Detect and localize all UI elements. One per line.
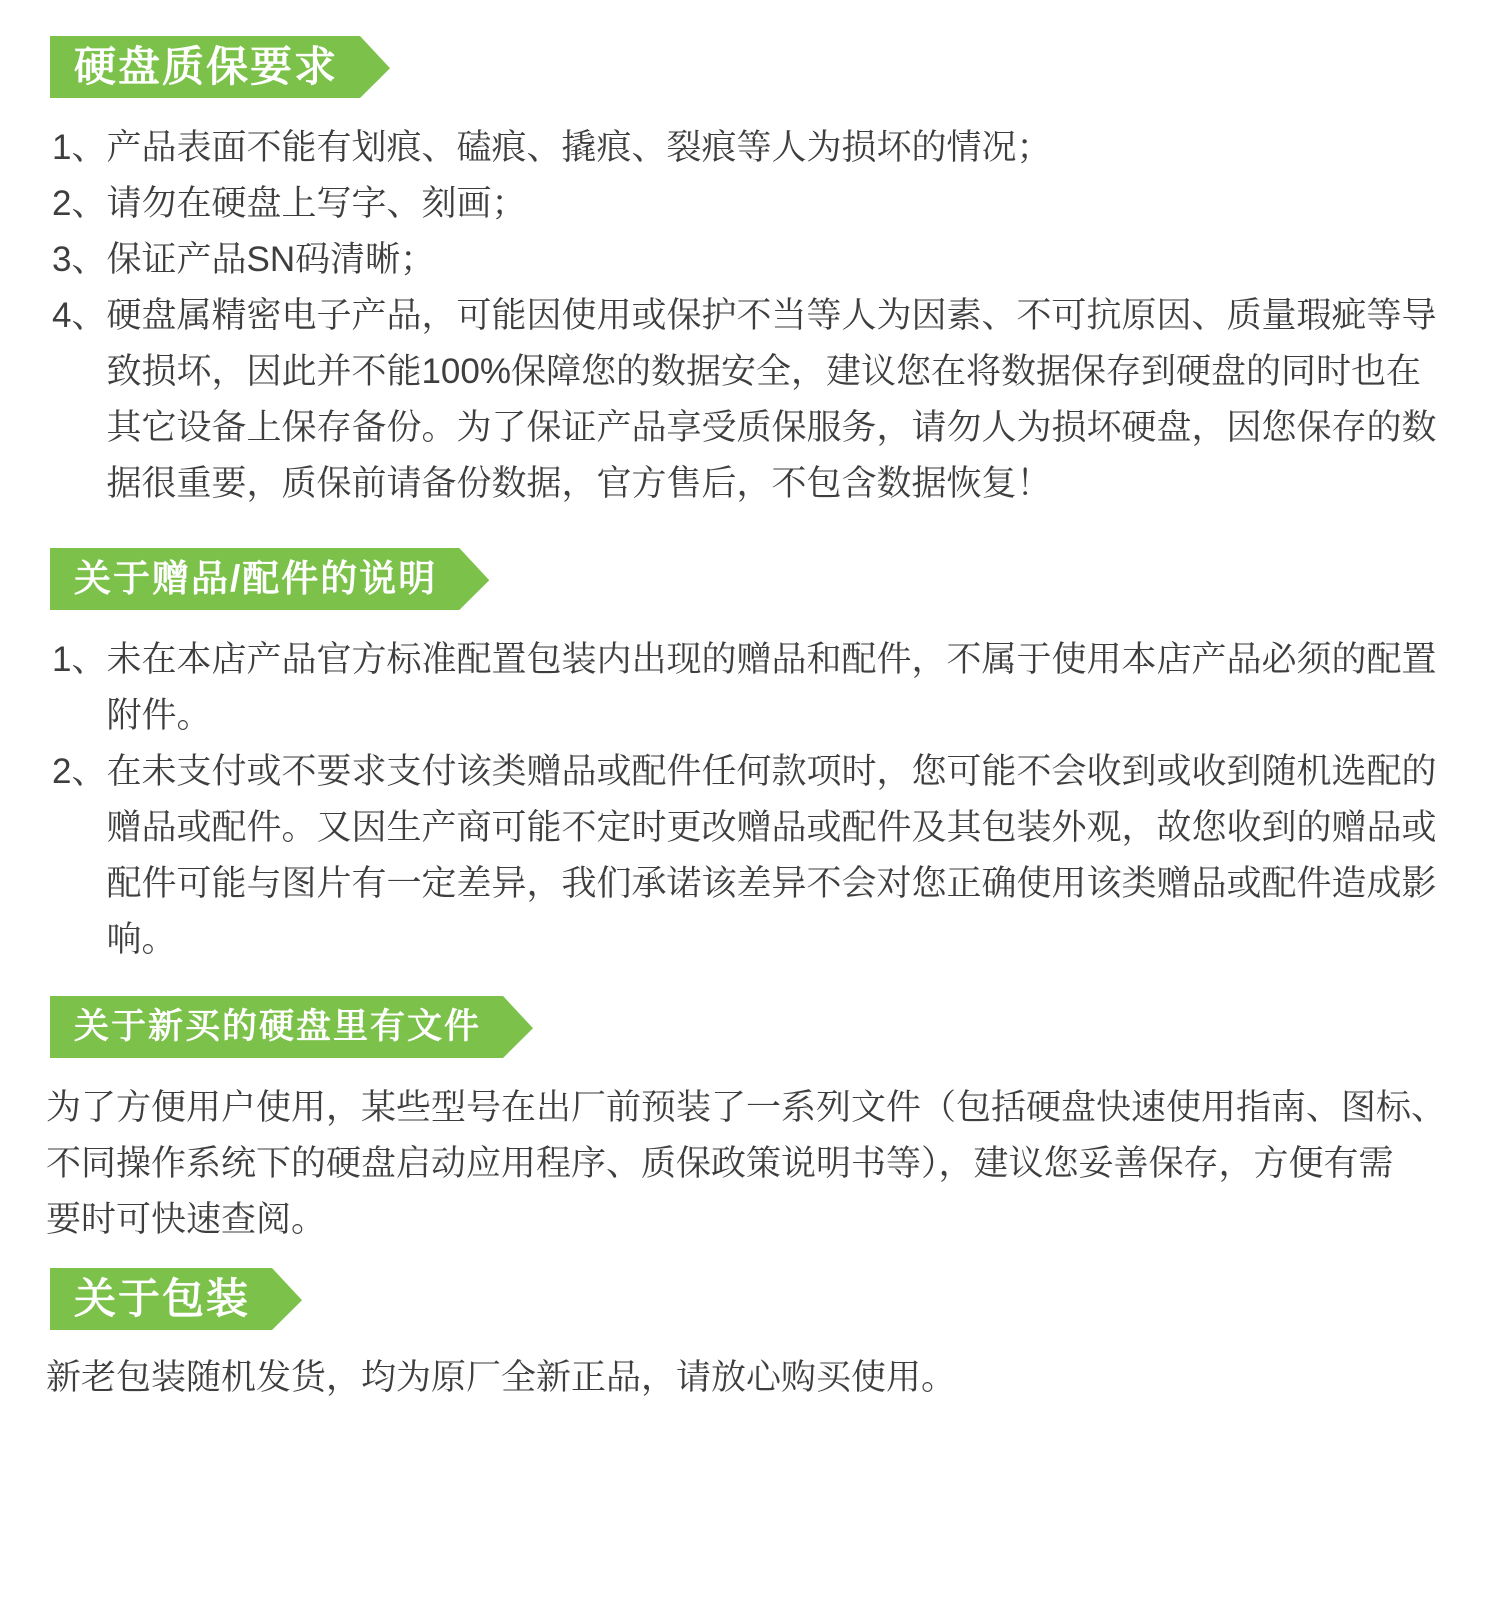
- item-marker: 3、: [52, 232, 106, 288]
- banner-title: 关于新买的硬盘里有文件: [74, 1007, 481, 1046]
- item-marker: 1、: [52, 120, 106, 176]
- item-marker: 2、: [52, 744, 106, 800]
- list-item: 1、 产品表面不能有划痕、磕痕、撬痕、裂痕等人为损坏的情况；: [52, 120, 1460, 176]
- item-text: 未在本店产品官方标准配置包装内出现的赠品和配件，不属于使用本店产品必须的配置 附…: [106, 632, 1460, 744]
- list-item: 2、 在未支付或不要求支付该类赠品或配件任何款项时，您可能不会收到或收到随机选配…: [52, 744, 1460, 968]
- item-text: 保证产品SN码清晰；: [106, 232, 1460, 288]
- section-warranty: 硬盘质保要求 1、 产品表面不能有划痕、磕痕、撬痕、裂痕等人为损坏的情况； 2、…: [46, 36, 1460, 512]
- section-gifts: 关于赠品/配件的说明 1、 未在本店产品官方标准配置包装内出现的赠品和配件，不属…: [46, 512, 1460, 968]
- list-item: 3、 保证产品SN码清晰；: [52, 232, 1460, 288]
- section-packaging: 关于包装 新老包装随机发货，均为原厂全新正品，请放心购买使用。: [46, 1248, 1460, 1406]
- section-banner-gifts: 关于赠品/配件的说明: [50, 548, 489, 610]
- item-marker: 1、: [52, 632, 106, 688]
- banner-title: 关于赠品/配件的说明: [74, 558, 437, 599]
- item-text: 产品表面不能有划痕、磕痕、撬痕、裂痕等人为损坏的情况；: [106, 120, 1460, 176]
- paragraph-text: 为了方便用户使用，某些型号在出厂前预装了一系列文件（包括硬盘快速使用指南、图标、…: [46, 1080, 1460, 1248]
- list-item: 1、 未在本店产品官方标准配置包装内出现的赠品和配件，不属于使用本店产品必须的配…: [52, 632, 1460, 744]
- item-text: 请勿在硬盘上写字、刻画；: [106, 176, 1460, 232]
- warranty-list: 1、 产品表面不能有划痕、磕痕、撬痕、裂痕等人为损坏的情况； 2、 请勿在硬盘上…: [46, 120, 1460, 512]
- list-item: 4、 硬盘属精密电子产品，可能因使用或保护不当等人为因素、不可抗原因、质量瑕疵等…: [52, 288, 1460, 512]
- section-banner-packaging: 关于包装: [50, 1268, 302, 1330]
- item-marker: 4、: [52, 288, 106, 344]
- banner-title: 硬盘质保要求: [74, 43, 338, 90]
- product-notice-page: 硬盘质保要求 1、 产品表面不能有划痕、磕痕、撬痕、裂痕等人为损坏的情况； 2、…: [0, 36, 1500, 1406]
- paragraph-text: 新老包装随机发货，均为原厂全新正品，请放心购买使用。: [46, 1350, 1460, 1406]
- section-banner-warranty: 硬盘质保要求: [50, 36, 390, 98]
- section-banner-preloaded-files: 关于新买的硬盘里有文件: [50, 996, 533, 1058]
- banner-title: 关于包装: [74, 1275, 250, 1322]
- item-text: 硬盘属精密电子产品，可能因使用或保护不当等人为因素、不可抗原因、质量瑕疵等导 致…: [106, 288, 1460, 512]
- item-text: 在未支付或不要求支付该类赠品或配件任何款项时，您可能不会收到或收到随机选配的 赠…: [106, 744, 1460, 968]
- item-marker: 2、: [52, 176, 106, 232]
- list-item: 2、 请勿在硬盘上写字、刻画；: [52, 176, 1460, 232]
- gifts-list: 1、 未在本店产品官方标准配置包装内出现的赠品和配件，不属于使用本店产品必须的配…: [46, 632, 1460, 968]
- section-preloaded-files: 关于新买的硬盘里有文件 为了方便用户使用，某些型号在出厂前预装了一系列文件（包括…: [46, 968, 1460, 1248]
